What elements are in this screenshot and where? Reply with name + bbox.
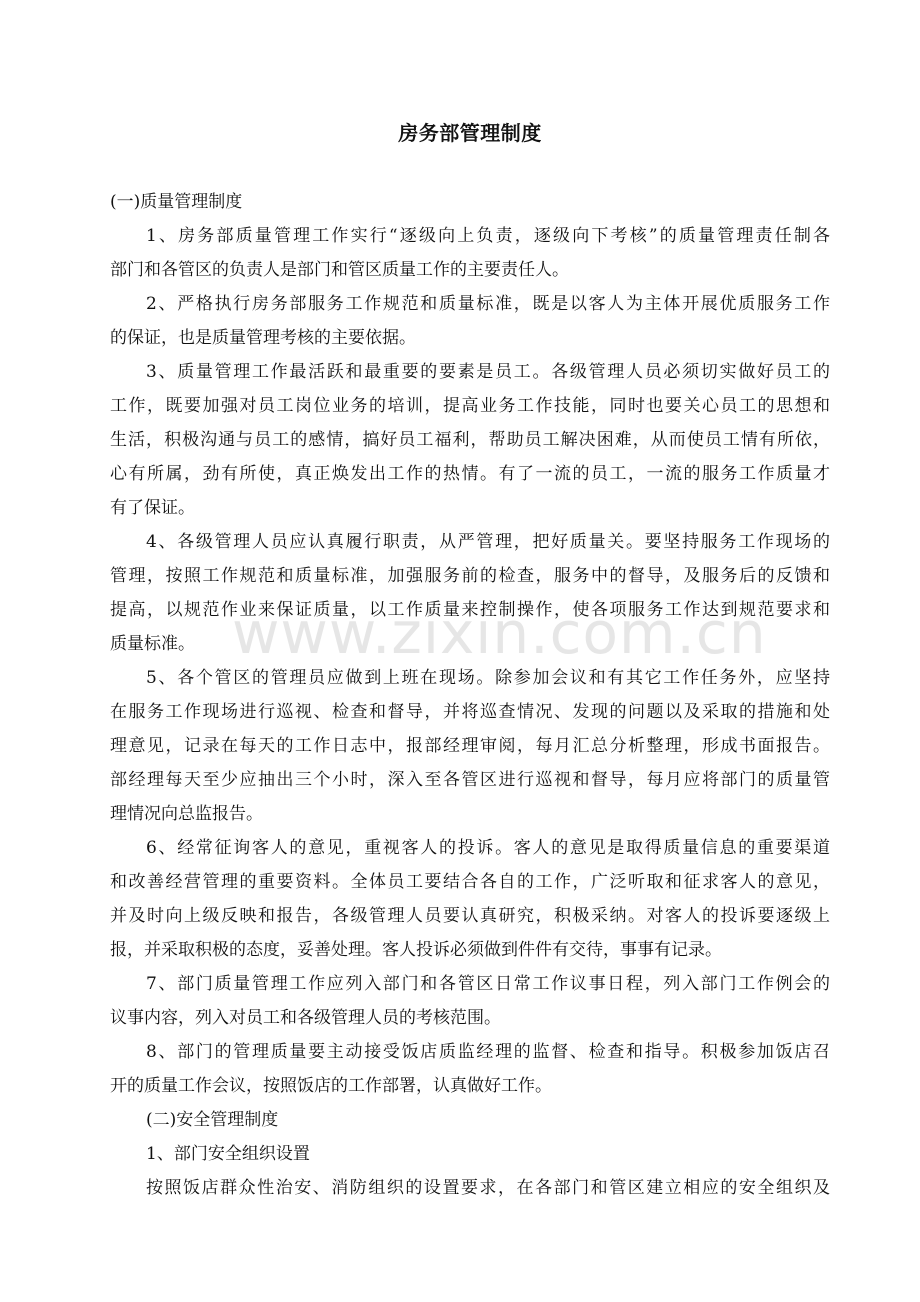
text-line: 在服务工作现场进行巡视、检查和督导，并将巡查情况、发现的问题以及采取的措施和处 xyxy=(110,695,830,729)
text-line: 质量标准。 xyxy=(110,627,830,661)
text-line: 6、经常征询客人的意见，重视客人的投诉。客人的意见是取得质量信息的重要渠道 xyxy=(110,831,830,865)
text-line: 5、各个管区的管理员应做到上班在现场。除参加会议和有其它工作任务外，应坚持 xyxy=(110,661,830,695)
text-line: 部门和各管区的负责人是部门和管区质量工作的主要责任人。 xyxy=(110,253,830,287)
text-line: 提高，以规范作业来保证质量，以工作质量来控制操作，使各项服务工作达到规范要求和 xyxy=(110,593,830,627)
text-line: 8、部门的管理质量要主动接受饭店质监经理的监督、检查和指导。积极参加饭店召 xyxy=(110,1035,830,1069)
text-line: 议事内容，列入对员工和各级管理人员的考核范围。 xyxy=(110,1001,830,1035)
text-line: 开的质量工作会议，按照饭店的工作部署，认真做好工作。 xyxy=(110,1069,830,1103)
text-line: (一)质量管理制度 xyxy=(110,185,830,219)
text-line: 1、部门安全组织设置 xyxy=(110,1137,830,1171)
text-line: 的保证，也是质量管理考核的主要依据。 xyxy=(110,321,830,355)
document-body: (一)质量管理制度1、房务部质量管理工作实行“逐级向上负责，逐级向下考核”的质量… xyxy=(110,185,830,1205)
text-line: 报，并采取积极的态度，妥善处理。客人投诉必须做到件件有交待，事事有记录。 xyxy=(110,933,830,967)
document-title: 房务部管理制度 xyxy=(110,118,830,148)
text-line: 并及时向上级反映和报告，各级管理人员要认真研究，积极采纳。对客人的投诉要逐级上 xyxy=(110,899,830,933)
text-line: 和改善经营管理的重要资料。全体员工要结合各自的工作，广泛听取和征求客人的意见， xyxy=(110,865,830,899)
text-line: 理意见，记录在每天的工作日志中，报部经理审阅，每月汇总分析整理，形成书面报告。 xyxy=(110,729,830,763)
text-line: 有了保证。 xyxy=(110,491,830,525)
text-line: 4、各级管理人员应认真履行职责，从严管理，把好质量关。要坚持服务工作现场的 xyxy=(110,525,830,559)
text-line: (二)安全管理制度 xyxy=(110,1103,830,1137)
text-line: 管理，按照工作规范和质量标准，加强服务前的检查，服务中的督导，及服务后的反馈和 xyxy=(110,559,830,593)
text-line: 按照饭店群众性治安、消防组织的设置要求，在各部门和管区建立相应的安全组织及 xyxy=(110,1171,830,1205)
text-line: 心有所属，劲有所使，真正焕发出工作的热情。有了一流的员工，一流的服务工作质量才 xyxy=(110,457,830,491)
text-line: 1、房务部质量管理工作实行“逐级向上负责，逐级向下考核”的质量管理责任制各 xyxy=(110,219,830,253)
text-line: 生活，积极沟通与员工的感情，搞好员工福利，帮助员工解决困难，从而使员工情有所依， xyxy=(110,423,830,457)
text-line: 理情况向总监报告。 xyxy=(110,797,830,831)
text-line: 7、部门质量管理工作应列入部门和各管区日常工作议事日程，列入部门工作例会的 xyxy=(110,967,830,1001)
text-line: 工作，既要加强对员工岗位业务的培训，提高业务工作技能，同时也要关心员工的思想和 xyxy=(110,389,830,423)
text-line: 2、严格执行房务部服务工作规范和质量标准，既是以客人为主体开展优质服务工作 xyxy=(110,287,830,321)
text-line: 3、质量管理工作最活跃和最重要的要素是员工。各级管理人员必须切实做好员工的 xyxy=(110,355,830,389)
text-line: 部经理每天至少应抽出三个小时，深入至各管区进行巡视和督导，每月应将部门的质量管 xyxy=(110,763,830,797)
